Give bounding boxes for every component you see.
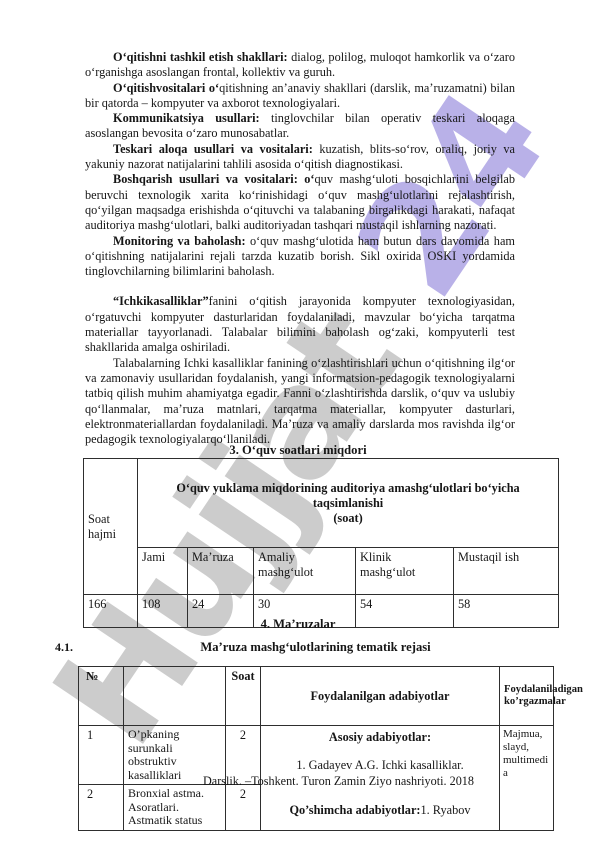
lectures-table: № Soat Foydalanilgan adabiyotlar Foydala… bbox=[78, 666, 554, 831]
body-text: O‘qitishni tashkil etish shakllari: dial… bbox=[85, 50, 515, 447]
paragraph: O‘qitishni tashkil etish shakllari: dial… bbox=[85, 50, 515, 81]
paragraph-lead: Monitoring va baholash: bbox=[113, 234, 246, 248]
literature-main-item-continued: Darslik. –Toshkent. Turon Zamin Ziyo nas… bbox=[203, 774, 433, 789]
lecture-topic: Bronxial astma. Asoratlari. Astmatik sta… bbox=[124, 785, 226, 831]
col-header-topic bbox=[124, 667, 226, 726]
lectures-section-number: 4.1. bbox=[55, 640, 73, 655]
paragraph-lead: Kommunikatsiya usullari: bbox=[113, 111, 260, 125]
lecture-hours: 2 bbox=[226, 785, 261, 831]
lectures-header-row: № Soat Foydalanilgan adabiyotlar Foydala… bbox=[79, 667, 554, 726]
lectures-section-title: 4. Ma’ruzalar bbox=[0, 617, 596, 632]
paragraph: O‘qitishvositalari o‘qitishning an’anavi… bbox=[85, 81, 515, 112]
paragraph: Kommunikatsiya usullari: tinglovchilar b… bbox=[85, 111, 515, 142]
hours-table-title: 3. O‘quv soatlari miqdori bbox=[0, 443, 596, 458]
hours-merged-header-unit: (soat) bbox=[142, 511, 554, 526]
hours-merged-header-text: O‘quv yuklama miqdorining auditoriya ama… bbox=[142, 481, 554, 511]
paragraph: Boshqarish usullari va vositalari: o‘quv… bbox=[85, 172, 515, 233]
lectures-subtitle: Ma’ruza mashg‘ulotlarining tematik rejas… bbox=[78, 640, 553, 655]
hours-col-header: Klinik mashg‘ulot bbox=[356, 548, 454, 595]
hours-table: Soat hajmi O‘quv yuklama miqdorining aud… bbox=[83, 458, 559, 628]
hours-col-header: Amaliy mashg‘ulot bbox=[254, 548, 356, 595]
literature-extra-item: 1. Ryabov bbox=[421, 803, 471, 817]
paragraph-lead: Boshqarish usullari va vositalari: o‘ bbox=[113, 172, 315, 186]
paragraph-lead: “Ichkikasalliklar” bbox=[113, 294, 209, 308]
paragraph-lead: Teskari aloqa usullari va vositalari: bbox=[113, 142, 313, 156]
literature-extra: Qo’shimcha adabiyotlar:1. Ryabov bbox=[265, 803, 495, 818]
paragraph-lead: O‘qitishni tashkil etish shakllari: bbox=[113, 50, 288, 64]
hours-col-header: Mustaqil ish bbox=[454, 548, 559, 595]
paragraph: Teskari aloqa usullari va vositalari: ku… bbox=[85, 142, 515, 173]
hours-col-header: Ma’ruza bbox=[188, 548, 254, 595]
hours-merged-header: O‘quv yuklama miqdorining auditoriya ama… bbox=[138, 459, 559, 548]
paragraph: Talabalarning Ichki kasalliklar fanining… bbox=[85, 356, 515, 448]
aids-cell: Majmua, slayd, multimedia bbox=[500, 726, 554, 831]
page-content: O‘qitishni tashkil etish shakllari: dial… bbox=[0, 0, 596, 842]
col-header-hours: Soat bbox=[226, 667, 261, 726]
hours-header-row: Soat hajmi O‘quv yuklama miqdorining aud… bbox=[84, 459, 559, 548]
literature-main-item: 1. Gadayev A.G. Ichki kasalliklar. bbox=[265, 758, 495, 773]
lecture-row: 1 O’pkaning surunkali obstruktiv kasalli… bbox=[79, 726, 554, 785]
col-header-aids: Foydalaniladigan ko’rgazmalar bbox=[500, 667, 554, 726]
lecture-number: 1 bbox=[79, 726, 124, 785]
document-page: Hujjat 24 O‘qitishni tashkil etish shakl… bbox=[0, 0, 596, 842]
hours-subheader-row: Jami Ma’ruza Amaliy mashg‘ulot Klinik ma… bbox=[84, 548, 559, 595]
paragraph: Monitoring va baholash: o‘quv mashg‘ulot… bbox=[85, 234, 515, 280]
lecture-number: 2 bbox=[79, 785, 124, 831]
literature-main-title: Asosiy adabiyotlar: bbox=[265, 730, 495, 745]
paragraph: “Ichkikasalliklar”fanini o‘qitish jarayo… bbox=[85, 294, 515, 355]
literature-cell: Asosiy adabiyotlar: 1. Gadayev A.G. Ichk… bbox=[261, 726, 500, 831]
col-header-number: № bbox=[79, 667, 124, 726]
literature-extra-title: Qo’shimcha adabiyotlar: bbox=[289, 803, 420, 817]
hours-row-header: Soat hajmi bbox=[84, 459, 138, 595]
hours-col-header: Jami bbox=[138, 548, 188, 595]
col-header-literature: Foydalanilgan adabiyotlar bbox=[261, 667, 500, 726]
paragraph-lead: O‘qitishvositalari o‘ bbox=[113, 81, 219, 95]
paragraph-body: Talabalarning Ichki kasalliklar fanining… bbox=[85, 356, 515, 446]
